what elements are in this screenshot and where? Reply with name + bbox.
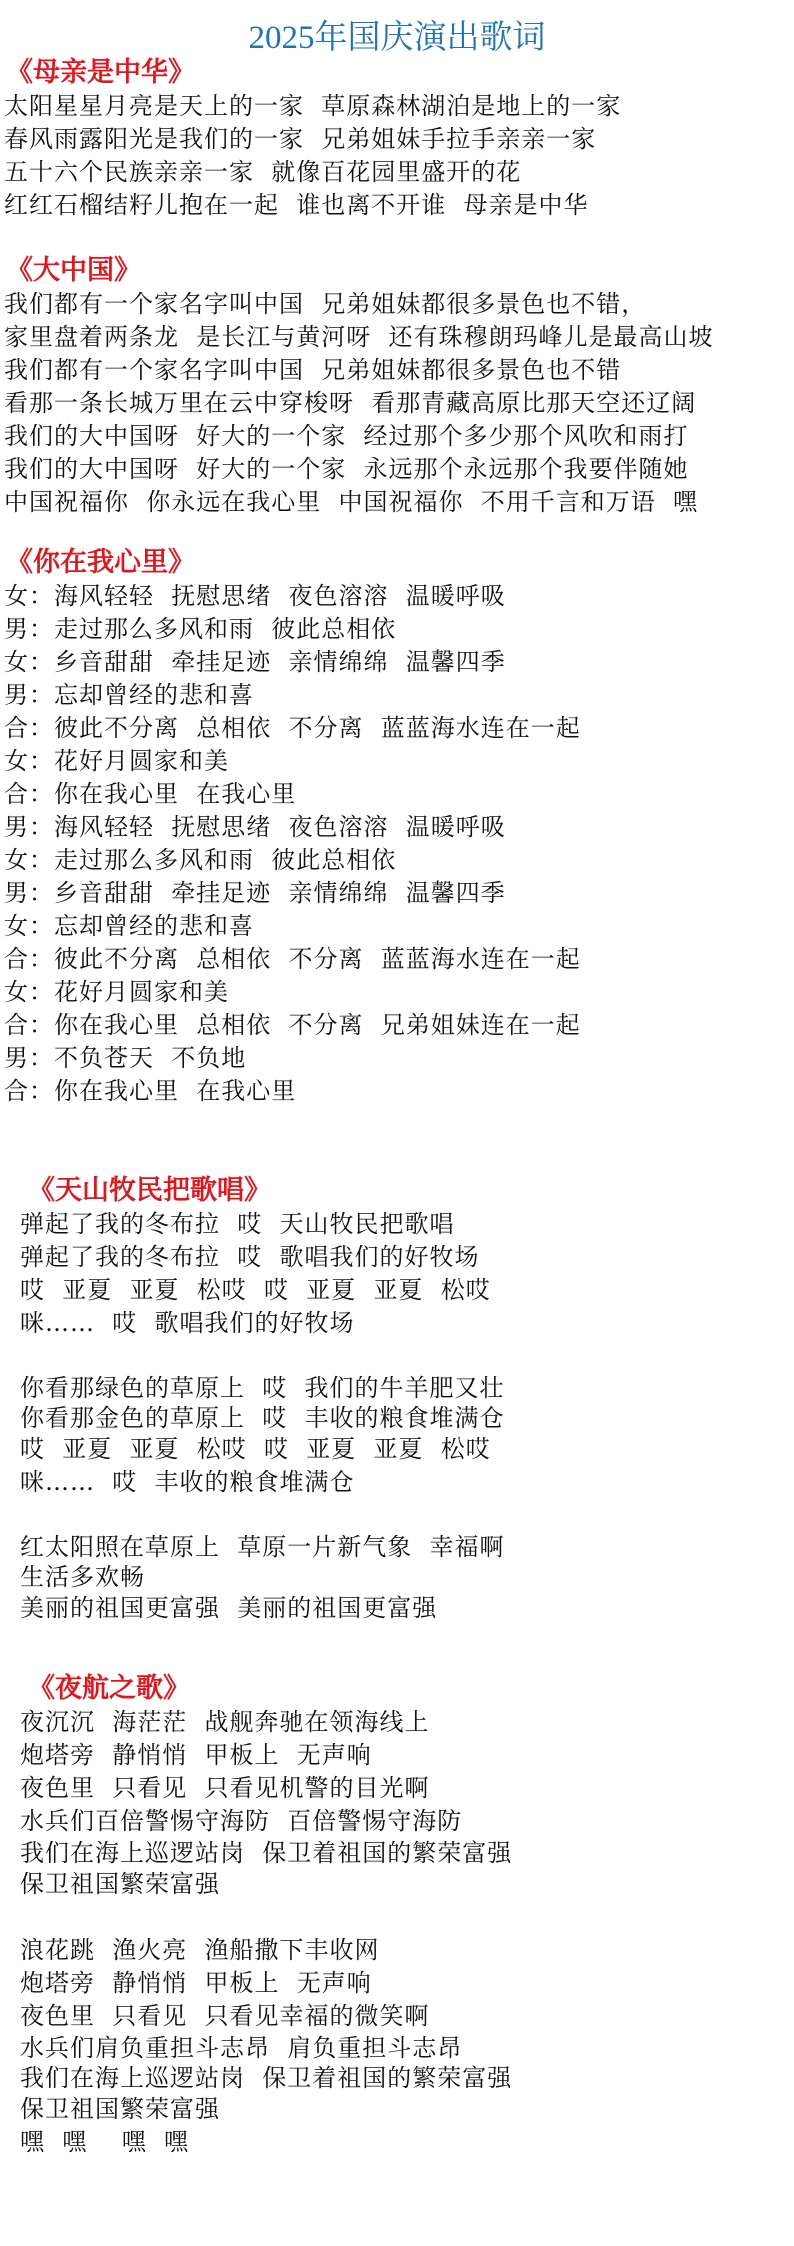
lyric-line: 合：彼此不分离 总相依 不分离 蓝蓝海水连在一起 (0, 943, 794, 976)
blank-line (0, 1499, 794, 1532)
lyric-line: 弹起了我的冬布拉 哎 歌唱我们的好牧场 (0, 1241, 794, 1274)
song-title: 《你在我心里》 (0, 546, 794, 580)
lyric-line: 你看那金色的草原上 哎 丰收的粮食堆满仓 (0, 1403, 794, 1433)
song-section-3: 《你在我心里》 女：海风轻轻 抚慰思绪 夜色溶溶 温暖呼吸 男：走过那么多风和雨… (0, 546, 794, 1108)
lyric-line: 合：你在我心里 总相依 不分离 兄弟姐妹连在一起 (0, 1009, 794, 1042)
lyric-line: 合：彼此不分离 总相依 不分离 蓝蓝海水连在一起 (0, 712, 794, 745)
song-section-1: 《母亲是中华》 太阳星星月亮是天上的一家 草原森林湖泊是地上的一家 春风雨露阳光… (0, 56, 794, 222)
lyric-line: 保卫祖国繁荣富强 (0, 2093, 794, 2126)
lyrics-list: 女：海风轻轻 抚慰思绪 夜色溶溶 温暖呼吸 男：走过那么多风和雨 彼此总相依 女… (0, 580, 794, 1108)
lyric-line: 我们在海上巡逻站岗 保卫着祖国的繁荣富强 (0, 2063, 794, 2093)
lyric-line: 看那一条长城万里在云中穿梭呀 看那青藏高原比那天空还辽阔 (0, 387, 794, 420)
lyric-line: 弹起了我的冬布拉 哎 天山牧民把歌唱 (0, 1208, 794, 1241)
lyric-line: 哎 亚夏 亚夏 松哎 哎 亚夏 亚夏 松哎 (0, 1433, 794, 1466)
song-title: 《大中国》 (0, 254, 794, 288)
lyric-line: 生活多欢畅 (0, 1562, 794, 1592)
lyric-line: 夜色里 只看见 只看见幸福的微笑啊 (0, 2000, 794, 2033)
lyric-line: 家里盘着两条龙 是长江与黄河呀 还有珠穆朗玛峰儿是最高山坡 (0, 321, 794, 354)
lyrics-list: 夜沉沉 海茫茫 战舰奔驰在领海线上 炮塔旁 静悄悄 甲板上 无声响 夜色里 只看… (0, 1706, 794, 2159)
lyric-line: 男：乡音甜甜 牵挂足迹 亲情绵绵 温馨四季 (0, 877, 794, 910)
blank-line (0, 1340, 794, 1373)
lyric-line: 咪…… 哎 丰收的粮食堆满仓 (0, 1466, 794, 1499)
lyrics-list: 弹起了我的冬布拉 哎 天山牧民把歌唱 弹起了我的冬布拉 哎 歌唱我们的好牧场 哎… (0, 1208, 794, 1625)
lyric-line: 炮塔旁 静悄悄 甲板上 无声响 (0, 1739, 794, 1772)
lyric-line: 春风雨露阳光是我们的一家 兄弟姐妹手拉手亲亲一家 (0, 123, 794, 156)
lyric-line: 我们的大中国呀 好大的一个家 永远那个永远那个我要伴随她 (0, 453, 794, 486)
lyric-line: 红红石榴结籽儿抱在一起 谁也离不开谁 母亲是中华 (0, 189, 794, 222)
lyric-line: 男：走过那么多风和雨 彼此总相依 (0, 613, 794, 646)
lyric-line: 男：不负苍天 不负地 (0, 1042, 794, 1075)
lyric-line: 我们都有一个家名字叫中国 兄弟姐妹都很多景色也不错， (0, 288, 794, 321)
lyric-line: 炮塔旁 静悄悄 甲板上 无声响 (0, 1967, 794, 2000)
lyric-line: 合：你在我心里 在我心里 (0, 1075, 794, 1108)
lyric-line: 五十六个民族亲亲一家 就像百花园里盛开的花 (0, 156, 794, 189)
lyric-line: 水兵们肩负重担斗志昂 肩负重担斗志昂 (0, 2033, 794, 2063)
lyric-line: 女：走过那么多风和雨 彼此总相依 (0, 844, 794, 877)
song-title: 《天山牧民把歌唱》 (0, 1174, 794, 1208)
lyric-line: 红太阳照在草原上 草原一片新气象 幸福啊 (0, 1532, 794, 1562)
lyric-line: 女：花好月圆家和美 (0, 976, 794, 1009)
song-section-2: 《大中国》 我们都有一个家名字叫中国 兄弟姐妹都很多景色也不错， 家里盘着两条龙… (0, 254, 794, 519)
song-title: 《母亲是中华》 (0, 56, 794, 90)
lyric-line: 咪…… 哎 歌唱我们的好牧场 (0, 1307, 794, 1340)
song-section-5: 《夜航之歌》 夜沉沉 海茫茫 战舰奔驰在领海线上 炮塔旁 静悄悄 甲板上 无声响… (0, 1672, 794, 2159)
lyric-line: 嘿 嘿 嘿 嘿 (0, 2126, 794, 2159)
lyric-line: 女：乡音甜甜 牵挂足迹 亲情绵绵 温馨四季 (0, 646, 794, 679)
lyric-line: 中国祝福你 你永远在我心里 中国祝福你 不用千言和万语 嘿 (0, 486, 794, 519)
lyrics-list: 太阳星星月亮是天上的一家 草原森林湖泊是地上的一家 春风雨露阳光是我们的一家 兄… (0, 90, 794, 222)
song-section-4: 《天山牧民把歌唱》 弹起了我的冬布拉 哎 天山牧民把歌唱 弹起了我的冬布拉 哎 … (0, 1174, 794, 1625)
lyric-line: 保卫祖国繁荣富强 (0, 1868, 794, 1901)
lyric-line: 哎 亚夏 亚夏 松哎 哎 亚夏 亚夏 松哎 (0, 1274, 794, 1307)
lyric-line: 你看那绿色的草原上 哎 我们的牛羊肥又壮 (0, 1373, 794, 1403)
lyrics-list: 我们都有一个家名字叫中国 兄弟姐妹都很多景色也不错， 家里盘着两条龙 是长江与黄… (0, 288, 794, 519)
lyric-line: 女：花好月圆家和美 (0, 745, 794, 778)
lyric-line: 夜色里 只看见 只看见机警的目光啊 (0, 1772, 794, 1805)
lyric-line: 美丽的祖国更富强 美丽的祖国更富强 (0, 1592, 794, 1625)
lyric-line: 女：忘却曾经的悲和喜 (0, 910, 794, 943)
lyric-line: 男：忘却曾经的悲和喜 (0, 679, 794, 712)
lyric-line: 我们都有一个家名字叫中国 兄弟姐妹都很多景色也不错 (0, 354, 794, 387)
lyric-line: 浪花跳 渔火亮 渔船撒下丰收网 (0, 1934, 794, 1967)
lyric-line: 我们在海上巡逻站岗 保卫着祖国的繁荣富强 (0, 1838, 794, 1868)
lyric-line: 合：你在我心里 在我心里 (0, 778, 794, 811)
lyric-line: 男：海风轻轻 抚慰思绪 夜色溶溶 温暖呼吸 (0, 811, 794, 844)
blank-line (0, 1901, 794, 1934)
lyric-line: 女：海风轻轻 抚慰思绪 夜色溶溶 温暖呼吸 (0, 580, 794, 613)
lyric-line: 夜沉沉 海茫茫 战舰奔驰在领海线上 (0, 1706, 794, 1739)
lyric-line: 太阳星星月亮是天上的一家 草原森林湖泊是地上的一家 (0, 90, 794, 123)
lyric-line: 水兵们百倍警惕守海防 百倍警惕守海防 (0, 1805, 794, 1838)
song-title: 《夜航之歌》 (0, 1672, 794, 1706)
document-title: 2025年国庆演出歌词 (0, 18, 794, 58)
lyric-line: 我们的大中国呀 好大的一个家 经过那个多少那个风吹和雨打 (0, 420, 794, 453)
